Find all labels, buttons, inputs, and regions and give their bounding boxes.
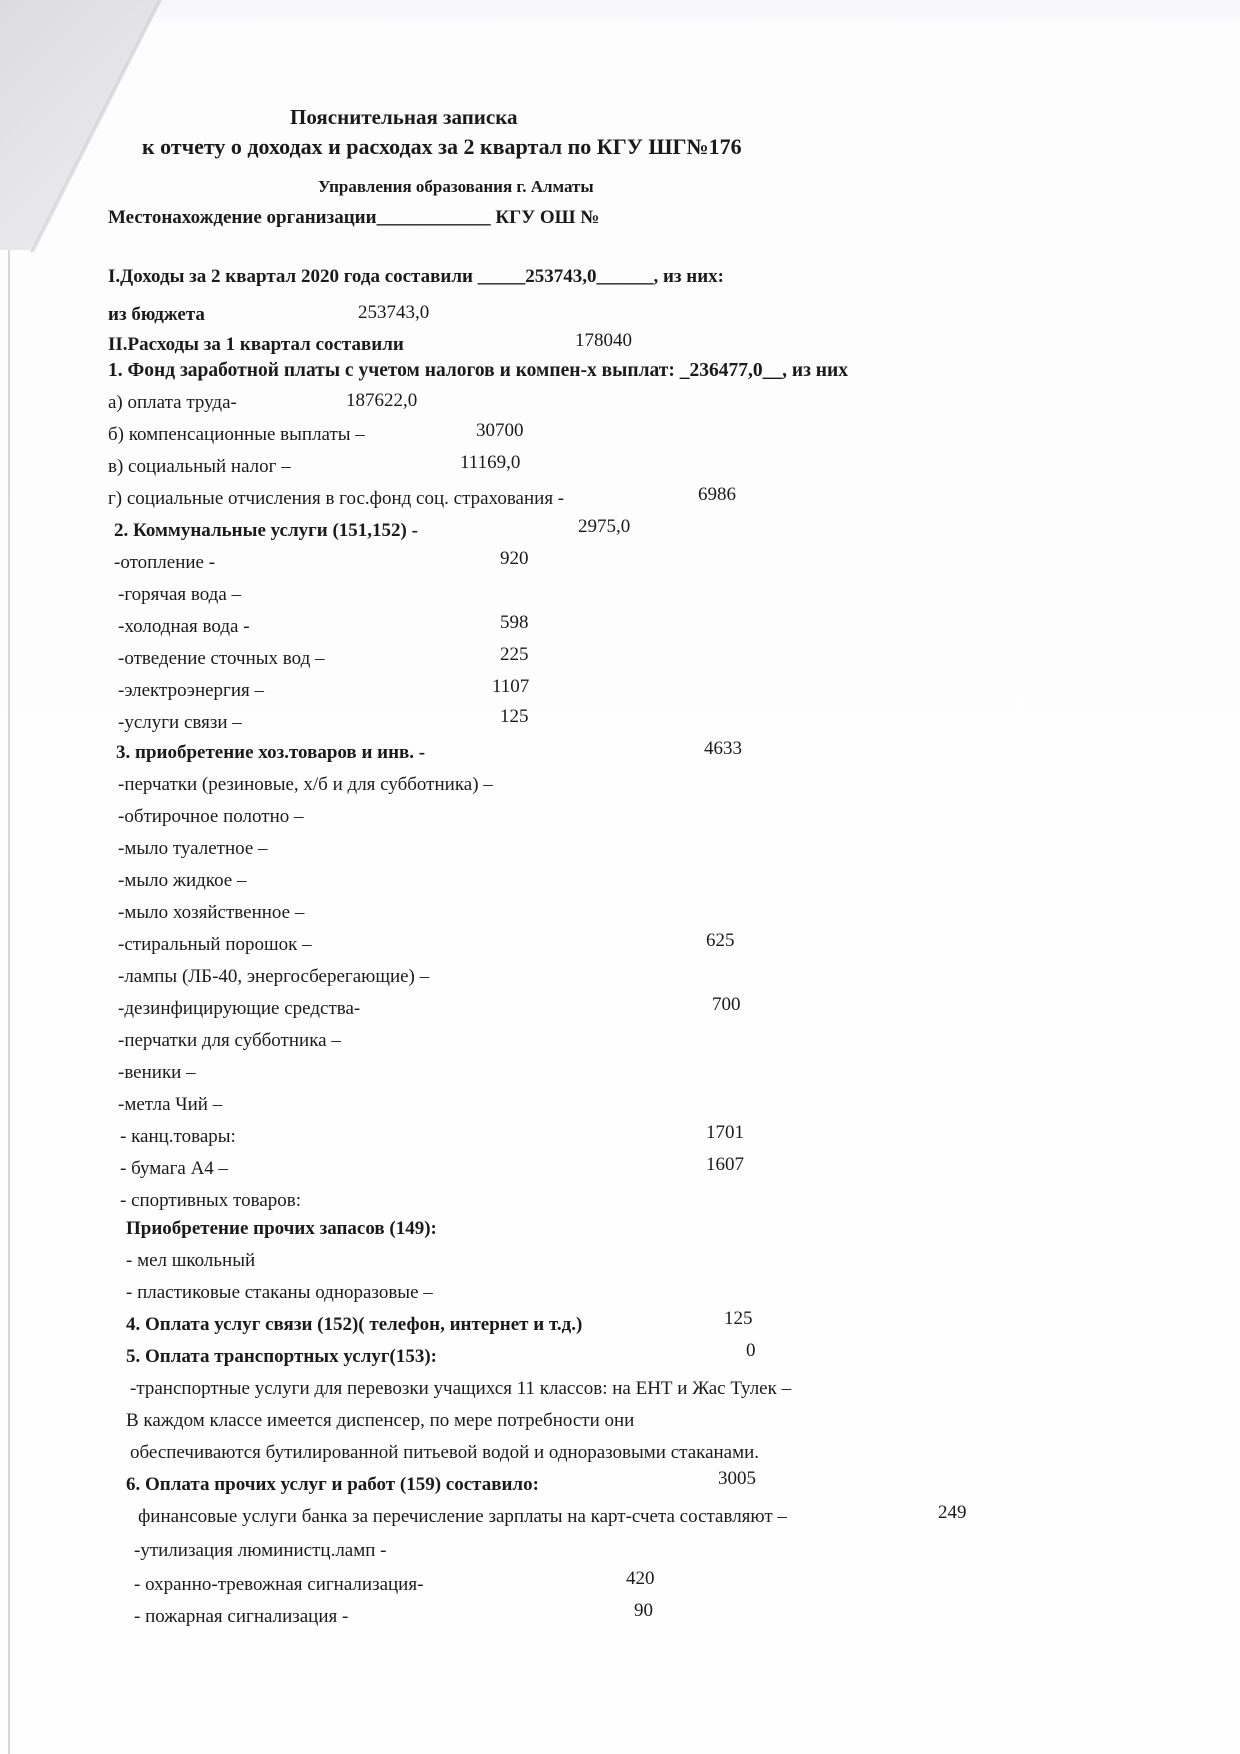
other-service-item-value: 249	[938, 1502, 967, 1524]
utility-item: -отопление -	[114, 552, 215, 574]
salary-item-value: 30700	[476, 420, 524, 442]
household-item: -перчатки (резиновые, х/б и для субботни…	[118, 774, 493, 796]
utility-item-value: 598	[500, 612, 529, 634]
other-service-item: -утилизация люминистц.ламп -	[134, 1540, 387, 1562]
income-suffix: , из них:	[653, 266, 724, 287]
household-item: -мыло туалетное –	[118, 838, 268, 860]
budget-value: 253743,0	[358, 302, 429, 324]
salary-item: а) оплата труда-	[108, 392, 237, 414]
utilities-value: 2975,0	[578, 516, 630, 538]
other-stock-item: - пластиковые стаканы одноразовые –	[126, 1282, 433, 1304]
income-value: _____253743,0______	[478, 266, 654, 287]
household-item-value: 700	[712, 994, 741, 1016]
household-item: -обтирочное полотно –	[118, 806, 303, 828]
salary-fund-suffix: , из них	[782, 360, 848, 381]
location-line: Местонахождение организации____________ …	[108, 207, 599, 229]
household-item-value: 1607	[706, 1154, 744, 1176]
salary-item-value: 6986	[698, 484, 736, 506]
salary-item: б) компенсационные выплаты –	[108, 424, 365, 446]
utility-item-value: 1107	[492, 676, 529, 698]
household-item-value: 1701	[706, 1122, 744, 1144]
other-services-value: 3005	[718, 1468, 756, 1490]
utility-item: -электроэнергия –	[118, 680, 264, 702]
household-item: -метла Чий –	[118, 1094, 222, 1116]
expenses-label: II.Расходы за 1 квартал составили	[108, 334, 404, 356]
salary-item-value: 11169,0	[460, 452, 520, 474]
utility-item: -холодная вода -	[118, 616, 250, 638]
other-stock-label: Приобретение прочих запасов (149):	[126, 1218, 437, 1240]
other-services-label: 6. Оплата прочих услуг и работ (159) сос…	[126, 1474, 539, 1496]
household-item: -лампы (ЛБ-40, энергосберегающие) –	[118, 966, 429, 988]
transport-note: В каждом классе имеется диспенсер, по ме…	[126, 1410, 634, 1432]
salary-fund-value: _236477,0__	[680, 360, 782, 381]
transport-value: 0	[746, 1340, 756, 1362]
salary-fund-line: 1. Фонд заработной платы с учетом налого…	[108, 360, 848, 382]
utility-item-value: 920	[500, 548, 529, 570]
utility-item: -отведение сточных вод –	[118, 648, 325, 670]
household-item: -мыло хозяйственное –	[118, 902, 304, 924]
page-edge	[8, 0, 10, 1754]
utility-item: -горячая вода –	[118, 584, 241, 606]
communication-value: 125	[724, 1308, 753, 1330]
other-service-item-value: 420	[626, 1568, 655, 1590]
other-service-item: финансовые услуги банка за перечисление …	[138, 1506, 787, 1528]
household-item: -мыло жидкое –	[118, 870, 247, 892]
household-item: -веники –	[118, 1062, 196, 1084]
household-item: - спортивных товаров:	[120, 1190, 301, 1212]
other-service-item: - охранно-тревожная сигнализация-	[134, 1574, 423, 1596]
transport-label: 5. Оплата транспортных услуг(153):	[126, 1346, 437, 1368]
other-service-item-value: 90	[634, 1600, 653, 1622]
household-item-value: 625	[706, 930, 735, 952]
document-subtitle: к отчету о доходах и расходах за 2 кварт…	[142, 136, 742, 158]
utility-item: -услуги связи –	[118, 712, 242, 734]
budget-label: из бюджета	[108, 304, 205, 326]
household-item: -дезинфицирующие средства-	[118, 998, 360, 1020]
household-value: 4633	[704, 738, 742, 760]
salary-item: г) социальные отчисления в гос.фонд соц.…	[108, 488, 564, 510]
transport-note: -транспортные услуги для перевозки учащи…	[130, 1378, 791, 1400]
location-blank: ____________	[377, 207, 491, 228]
income-line: I.Доходы за 2 квартал 2020 года составил…	[108, 266, 724, 288]
household-item: -перчатки для субботника –	[118, 1030, 341, 1052]
utility-item-value: 225	[500, 644, 529, 666]
expenses-value: 178040	[575, 330, 632, 352]
location-label: Местонахождение организации	[108, 207, 377, 228]
salary-fund-label: 1. Фонд заработной платы с учетом налого…	[108, 360, 675, 381]
other-service-item: - пожарная сигнализация -	[134, 1606, 348, 1628]
other-stock-item: - мел школьный	[126, 1250, 255, 1272]
household-label: 3. приобретение хоз.товаров и инв. -	[116, 742, 425, 764]
department: Управления образования г. Алматы	[318, 176, 594, 198]
transport-note: обеспечиваются бутилированной питьевой в…	[130, 1442, 759, 1464]
salary-item-value: 187622,0	[346, 390, 417, 412]
utility-item-value: 125	[500, 706, 529, 728]
location-value: КГУ ОШ №	[495, 207, 599, 228]
income-label: I.Доходы за 2 квартал 2020 года составил…	[108, 266, 473, 287]
household-item: -стиральный порошок –	[118, 934, 312, 956]
document-title: Пояснительная записка	[290, 106, 518, 128]
household-item: - бумага А4 –	[120, 1158, 228, 1180]
communication-label: 4. Оплата услуг связи (152)( телефон, ин…	[126, 1314, 582, 1336]
household-item: - канц.товары:	[120, 1126, 236, 1148]
utilities-label: 2. Коммунальные услуги (151,152) -	[114, 520, 418, 542]
salary-item: в) социальный налог –	[108, 456, 291, 478]
